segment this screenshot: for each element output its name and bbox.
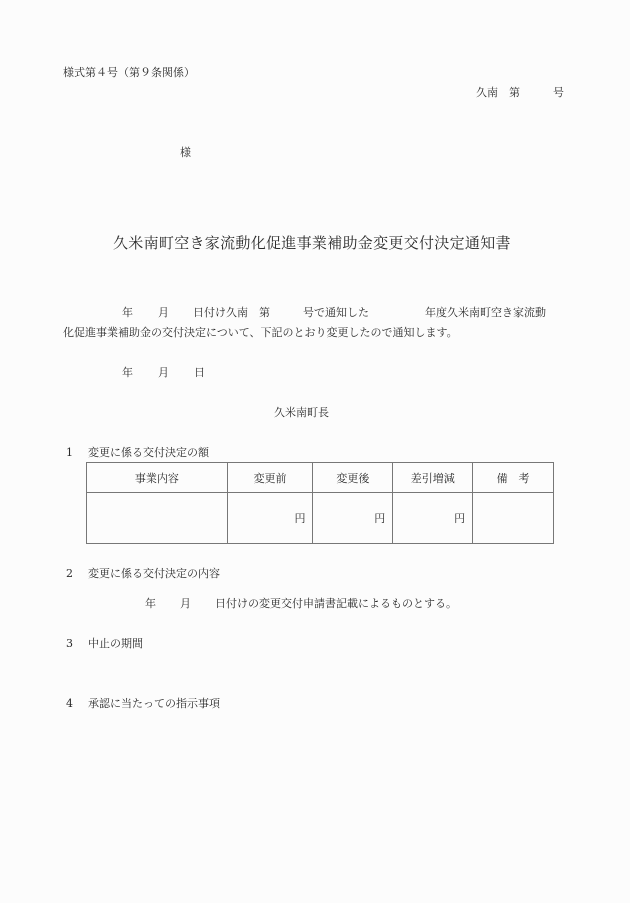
cell-project-content <box>87 493 228 544</box>
body-line-2: 化促進事業補助金の交付決定について、下記のとおり変更したので通知します。 <box>63 327 458 338</box>
body-month: 月 <box>158 306 169 319</box>
body-notified: 号で通知した <box>303 306 369 319</box>
issuer-name: 久米南町長 <box>274 407 329 418</box>
body-line-1: 年月日付け久南第号で通知した年度久米南町空き家流動 <box>63 307 546 318</box>
document-title: 久米南町空き家流動化促進事業補助金変更交付決定通知書 <box>113 236 511 251</box>
section-title: 変更に係る交付決定の内容 <box>88 567 220 580</box>
reference-prefix: 久南 <box>476 87 498 98</box>
header-difference: 差引増減 <box>393 463 473 493</box>
cell-after-change: 円 <box>313 493 393 544</box>
issue-day: 日 <box>194 366 205 379</box>
cell-before-change: 円 <box>227 493 313 544</box>
body-dai: 第 <box>259 306 270 319</box>
sec2-year: 年 <box>145 597 156 610</box>
issue-date: 年月日 <box>63 367 205 378</box>
body-day-ref: 日付け久南 <box>193 306 248 319</box>
section-title: 承認に当たっての指示事項 <box>88 697 220 710</box>
section-number: 4 <box>66 698 88 709</box>
body-fiscal-year: 年度久米南町空き家流動 <box>425 306 546 319</box>
section-2-heading: 2変更に係る交付決定の内容 <box>66 568 220 579</box>
header-after-change: 変更後 <box>313 463 393 493</box>
table-row: 円 円 円 <box>87 493 554 544</box>
reference-number: 久南第号 <box>476 87 564 98</box>
section-4-heading: 4承認に当たっての指示事項 <box>66 698 220 709</box>
section-1-heading: 1変更に係る交付決定の額 <box>66 447 209 458</box>
amount-table: 事業内容 変更前 変更後 差引増減 備 考 円 円 円 <box>86 462 554 544</box>
header-before-change: 変更前 <box>227 463 313 493</box>
section-number: 1 <box>66 447 88 458</box>
reference-dai: 第 <box>509 87 520 98</box>
section-number: 3 <box>66 638 88 649</box>
issue-year: 年 <box>122 366 133 379</box>
header-project-content: 事業内容 <box>87 463 228 493</box>
section-title: 中止の期間 <box>88 637 143 650</box>
addressee-suffix: 様 <box>180 147 191 158</box>
section-3-heading: 3中止の期間 <box>66 638 143 649</box>
body-year: 年 <box>122 306 133 319</box>
cell-difference: 円 <box>393 493 473 544</box>
section-title: 変更に係る交付決定の額 <box>88 446 209 459</box>
table-header-row: 事業内容 変更前 変更後 差引増減 備 考 <box>87 463 554 493</box>
sec2-month: 月 <box>180 597 191 610</box>
section-number: 2 <box>66 568 88 579</box>
section-2-body: 年月日付けの変更交付申請書記載によるものとする。 <box>63 598 457 609</box>
reference-go: 号 <box>553 87 564 98</box>
form-number: 様式第４号（第９条関係） <box>63 67 195 78</box>
header-remarks: 備 考 <box>473 463 554 493</box>
cell-remarks <box>473 493 554 544</box>
sec2-text: 日付けの変更交付申請書記載によるものとする。 <box>215 597 457 610</box>
issue-month: 月 <box>158 366 169 379</box>
